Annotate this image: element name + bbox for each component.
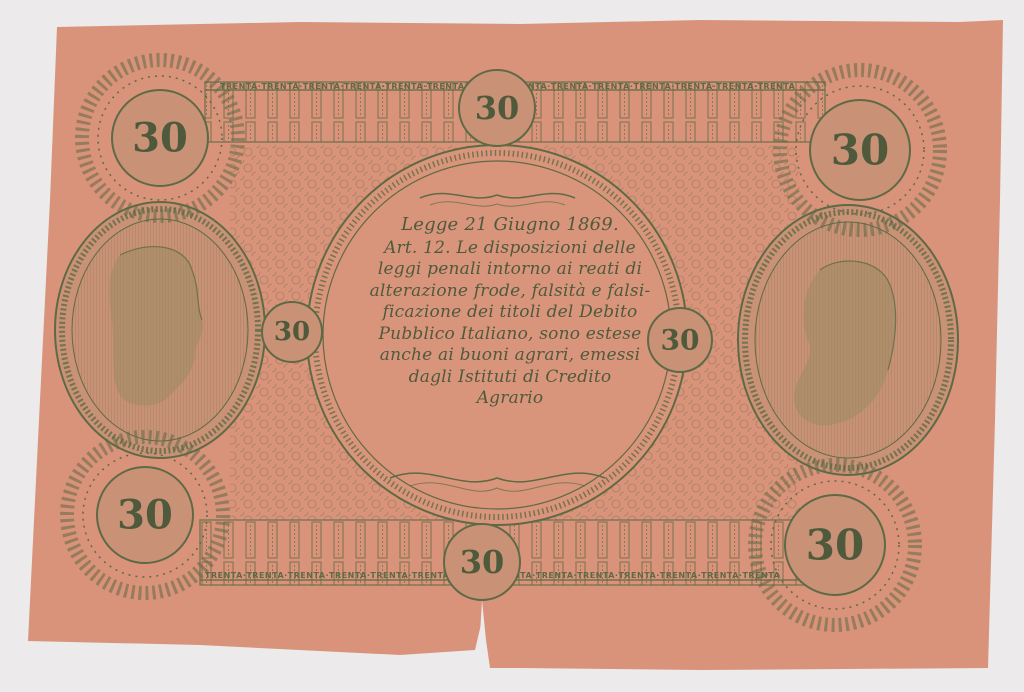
legend-line: alterazione frode, falsità e falsi- [320,281,700,303]
banknote: TRENTA·TRENTA·TRENTA·TRENTA·TRENTA·TRENT… [0,0,1024,692]
legend-line: anche ai buoni agrari, emessi [320,345,700,367]
right-portrait-oval [738,205,958,475]
left-portrait-oval [55,202,265,458]
legend-line: leggi penali intorno ai reati di [320,259,700,281]
legend-title: Legge 21 Giugno 1869. [320,214,700,236]
legend-line: dagli Istituti di Credito [320,367,700,389]
denomination-bottom-left: 30 [117,492,173,539]
legal-legend: Legge 21 Giugno 1869. Art. 12. Le dispos… [320,214,700,410]
legend-line: Agrario [320,388,700,410]
legend-line: Art. 12. Le disposizioni delle [320,238,700,260]
denomination-top-right: 30 [831,126,889,175]
denomination-bottom-center: 30 [460,543,505,581]
denomination-top-center: 30 [475,89,520,127]
legend-line: ficazione dei titoli del Debito [320,302,700,324]
denomination-left-center: 30 [274,317,310,347]
denomination-top-left: 30 [132,115,188,162]
legend-line: Pubblico Italiano, sono estese [320,324,700,346]
denomination-bottom-right: 30 [806,521,864,570]
